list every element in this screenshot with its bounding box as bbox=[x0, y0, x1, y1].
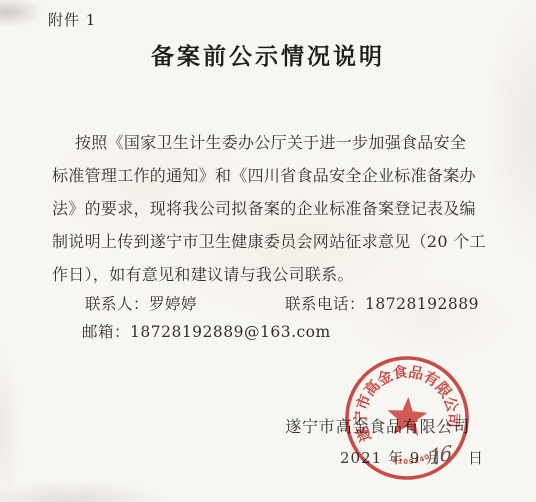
company-seal-icon: 遂宁市高金食品有限公司 5109340015 bbox=[340, 352, 474, 486]
contact-phone-line: 联系电话：18728192889 bbox=[285, 292, 479, 314]
document-page: 附件 1 备案前公示情况说明 按照《国家卫生计生委办公厅关于进一步加强食品安全 … bbox=[0, 0, 536, 502]
page-title: 备案前公示情况说明 bbox=[0, 38, 536, 71]
contact-phone-number: 18728192889 bbox=[365, 295, 479, 313]
attachment-label: 附件 1 bbox=[48, 9, 96, 30]
contact-phone-label: 联系电话： bbox=[285, 295, 365, 313]
handwritten-day: 16 bbox=[429, 441, 451, 470]
body-line: 作日），如有意见和建议请与我公司联系。 bbox=[52, 258, 466, 291]
contact-email-address: 18728192889@163.com bbox=[130, 323, 331, 341]
contact-person-name: 罗婷婷 bbox=[149, 295, 197, 313]
body-line: 制说明上传到遂宁市卫生健康委员会网站征求意见（20 个工 bbox=[52, 225, 466, 258]
contact-person-line: 联系人：罗婷婷 bbox=[85, 292, 197, 314]
contact-email-label: 邮箱： bbox=[82, 323, 130, 341]
body-line: 标准管理工作的通知》和《四川省食品安全企业标准备案办 bbox=[52, 159, 466, 192]
body-paragraph: 按照《国家卫生计生委办公厅关于进一步加强食品安全 标准管理工作的通知》和《四川省… bbox=[52, 126, 466, 291]
contact-person-label: 联系人： bbox=[85, 295, 149, 313]
contact-email-line: 邮箱：18728192889@163.com bbox=[82, 320, 331, 342]
svg-text:遂宁市高金食品有限公司: 遂宁市高金食品有限公司 bbox=[346, 357, 464, 444]
body-line: 法》的要求，现将我公司拟备案的企业标准备案登记表及编 bbox=[52, 192, 466, 225]
seal-star-icon bbox=[386, 396, 429, 437]
body-line: 按照《国家卫生计生委办公厅关于进一步加强食品安全 bbox=[52, 126, 466, 159]
seal-ring-text: 遂宁市高金食品有限公司 bbox=[346, 357, 464, 444]
